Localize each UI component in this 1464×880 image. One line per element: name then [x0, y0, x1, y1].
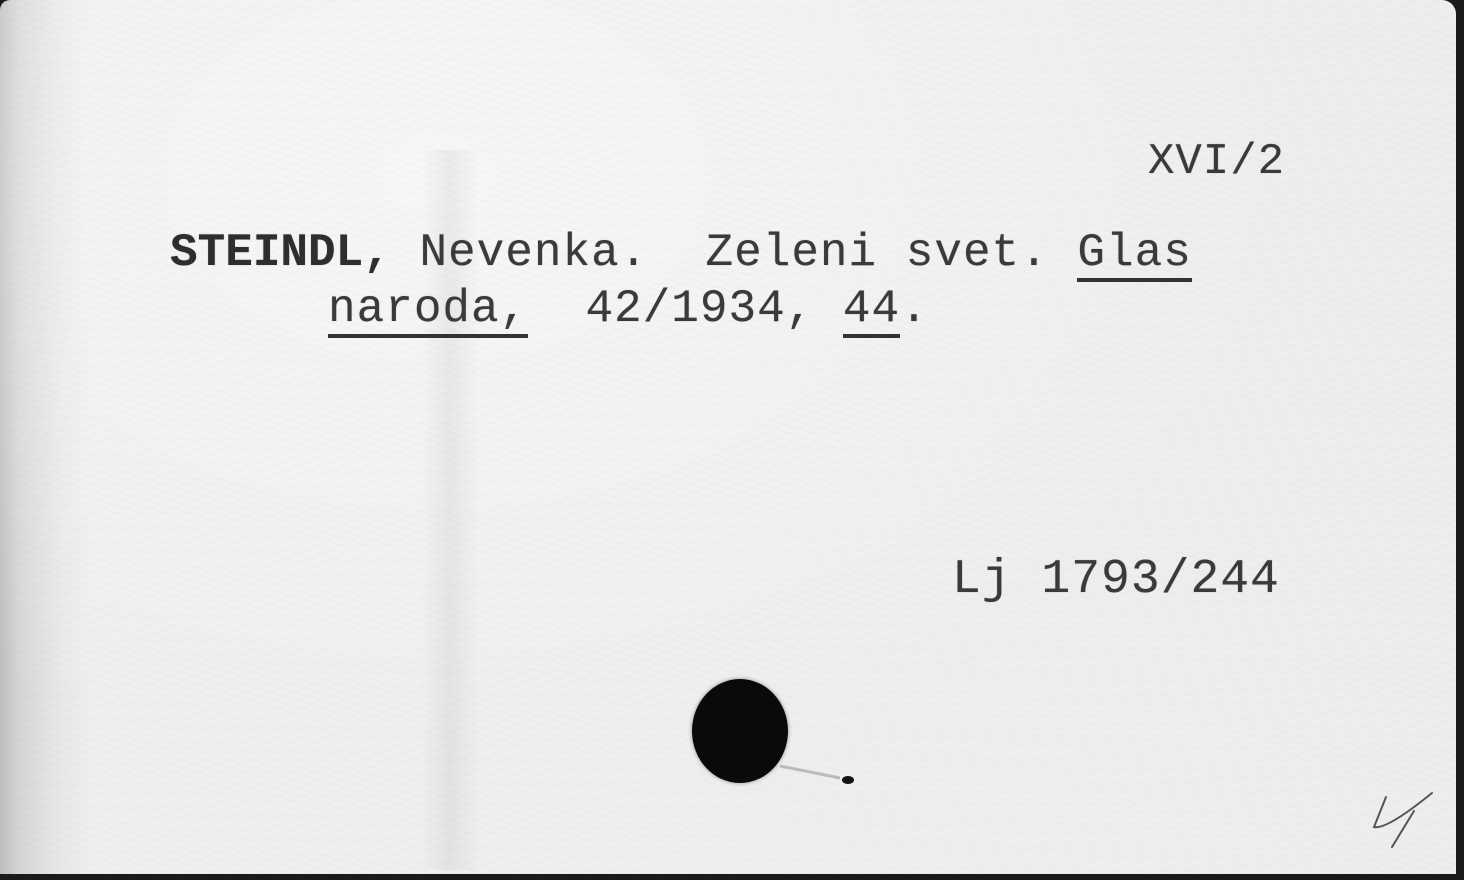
class-mark: XVI/2	[1148, 140, 1285, 184]
page-suffix: .	[900, 283, 929, 335]
page-number: 44	[843, 286, 900, 338]
entry-line-2: naroda, 42/1934, 44.	[328, 286, 929, 338]
source-title-part2: naroda,	[328, 286, 528, 338]
catalog-card: XVI/2 STEINDL, Nevenka. Zeleni svet. Gla…	[0, 0, 1456, 874]
author-given-name: Nevenka.	[419, 227, 648, 279]
work-title: Zeleni svet.	[706, 227, 1049, 279]
author-surname: STEINDL,	[170, 227, 391, 279]
torn-paper-mark	[780, 760, 860, 790]
issue-number: 42/1934,	[585, 283, 814, 335]
punch-hole	[692, 679, 788, 783]
entry-line-1: STEINDL, Nevenka. Zeleni svet. Glas	[170, 230, 1192, 282]
call-number: Lj 1793/244	[952, 556, 1280, 604]
handwritten-number-icon	[1370, 785, 1440, 865]
source-title-part1: Glas	[1077, 230, 1191, 282]
